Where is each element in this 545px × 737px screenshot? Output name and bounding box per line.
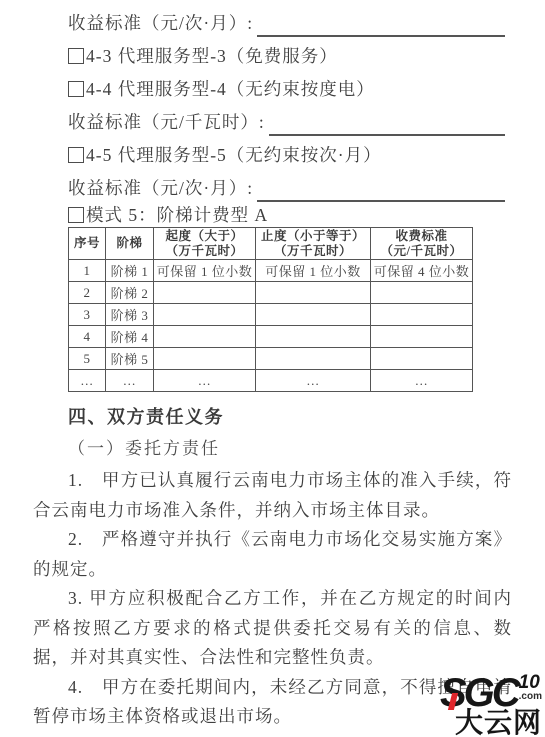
field-label: 收益标准（元/次·月）: [68,175,253,200]
table-cell [256,282,371,304]
table-cell: 阶梯 5 [106,348,154,370]
table-row: 3 阶梯 3 [69,304,473,326]
checkbox-icon[interactable] [68,147,84,163]
table-cell [154,348,256,370]
table-row: 4 阶梯 4 [69,326,473,348]
table-cell: 可保留 1 位小数 [154,260,256,282]
table-cell: … [154,370,256,392]
table-cell [371,282,473,304]
table-cell: … [69,370,106,392]
table-header-cell: 止度（小于等于） （万千瓦时） [256,228,371,260]
table-row-ellipsis: … … … … … [69,370,473,392]
watermark-top-row: SGC 10 .com [412,673,542,713]
table-cell: 阶梯 1 [106,260,154,282]
table-cell: 5 [69,348,106,370]
section-heading: 四、双方责任义务 [33,406,512,428]
checkbox-mode-5[interactable]: 模式 5：阶梯计费型 A [33,204,512,225]
table-row: 5 阶梯 5 [69,348,473,370]
table-header-cell: 起度（大于） （万千瓦时） [154,228,256,260]
income-standard-field-row-2: 收益标准（元/千瓦时）: [33,105,512,138]
table-header-row: 序号 阶梯 起度（大于） （万千瓦时） 止度（小于等于） （万千瓦时） 收费标准… [69,228,473,260]
table-cell: 3 [69,304,106,326]
watermark-domain: .com [519,692,542,702]
table-cell [371,304,473,326]
table-header-cell: 序号 [69,228,106,260]
watermark-superscript: 10 [519,673,540,692]
fill-in-blank[interactable] [257,184,505,202]
table-cell: 阶梯 2 [106,282,154,304]
table-cell: 1 [69,260,106,282]
field-label: 收益标准（元/千瓦时）: [68,109,265,134]
table-row: 1 阶梯 1 可保留 1 位小数 可保留 1 位小数 可保留 4 位小数 [69,260,473,282]
table-cell [371,326,473,348]
table-cell: … [371,370,473,392]
checkbox-option-4-4[interactable]: 4-4 代理服务型-4（无约束按度电） [33,72,512,105]
checkbox-icon[interactable] [68,48,84,64]
table-cell: 4 [69,326,106,348]
table-header-cell: 收费标准 （元/千瓦时） [371,228,473,260]
subsection-heading: （一）委托方责任 [33,439,512,459]
watermark-suffix: 10 .com [519,673,542,702]
clause-paragraph-3: 3. 甲方应积极配合乙方工作，并在乙方规定的时间内严格按照乙方要求的格式提供委托… [33,584,512,673]
table-cell: 阶梯 4 [106,326,154,348]
table-row: 2 阶梯 2 [69,282,473,304]
fill-in-blank[interactable] [257,19,505,37]
option-label: 4-4 代理服务型-4（无约束按度电） [86,76,375,101]
clause-paragraph-2: 2. 严格遵守并执行《云南电力市场化交易实施方案》的规定。 [33,525,512,584]
option-label: 模式 5：阶梯计费型 A [86,202,268,227]
option-label: 4-3 代理服务型-3（免费服务） [86,43,338,68]
tiered-pricing-table: 序号 阶梯 起度（大于） （万千瓦时） 止度（小于等于） （万千瓦时） 收费标准… [68,227,473,392]
field-label: 收益标准（元/次·月）: [68,10,253,35]
table-cell: 阶梯 3 [106,304,154,326]
table-cell: … [106,370,154,392]
income-standard-field-row-1: 收益标准（元/次·月）: [33,6,512,39]
table-cell [256,348,371,370]
table-cell [371,348,473,370]
table-cell [154,304,256,326]
checkbox-icon[interactable] [68,81,84,97]
table-cell: 2 [69,282,106,304]
table-header-cell: 阶梯 [106,228,154,260]
table-cell [256,326,371,348]
checkbox-icon[interactable] [68,207,84,223]
watermark-logo: SGC 10 .com 大云网 [412,673,542,737]
table-cell [154,326,256,348]
contract-document-page: 收益标准（元/次·月）: 4-3 代理服务型-3（免费服务） 4-4 代理服务型… [0,0,545,732]
table-cell: 可保留 1 位小数 [256,260,371,282]
table-cell: … [256,370,371,392]
checkbox-option-4-5[interactable]: 4-5 代理服务型-5（无约束按次·月） [33,138,512,171]
table-cell: 可保留 4 位小数 [371,260,473,282]
checkbox-option-4-3[interactable]: 4-3 代理服务型-3（免费服务） [33,39,512,72]
table-cell [256,304,371,326]
fill-in-blank[interactable] [269,118,505,136]
table-cell [154,282,256,304]
option-label: 4-5 代理服务型-5（无约束按次·月） [86,142,382,167]
income-standard-field-row-3: 收益标准（元/次·月）: [33,171,512,204]
clause-paragraph-1: 1. 甲方已认真履行云南电力市场主体的准入手续，符合云南电力市场准入条件，并纳入… [33,466,512,525]
